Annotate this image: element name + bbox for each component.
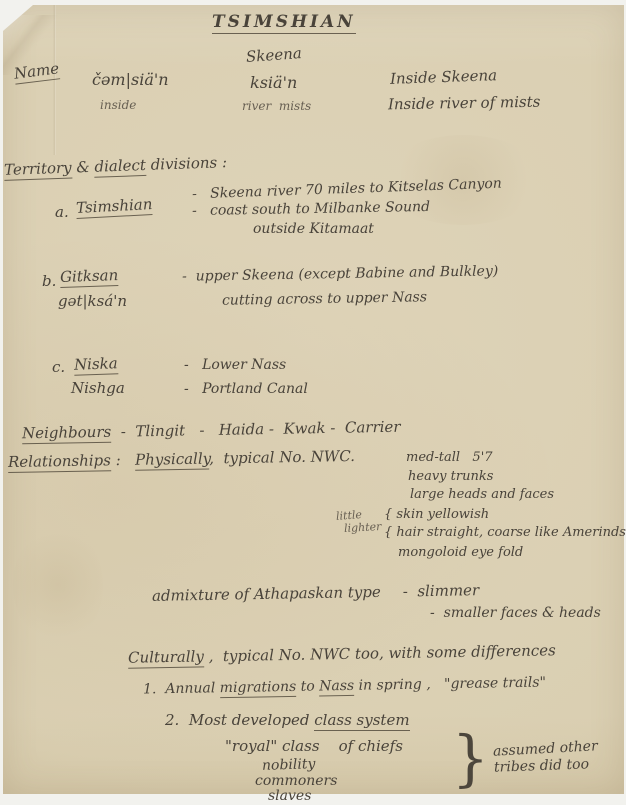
item-a-letter: a.	[55, 203, 69, 221]
amp-word: &	[71, 158, 95, 177]
item-c-letter: c.	[52, 358, 65, 376]
neighbours-label: Neighbours	[22, 423, 112, 445]
gloss-river-mists: river mists	[242, 99, 311, 113]
nishga-name: Nishga	[71, 379, 125, 397]
phonetic-tsimshian: čəm|siä'n	[92, 70, 169, 89]
migrations-word: migrations	[220, 679, 297, 698]
paper-stain	[13, 525, 103, 645]
phonetic-skeena: ksiä'n	[250, 73, 297, 92]
relationships-rest: , typical No. NWC.	[209, 447, 355, 468]
niska-name: Niska	[74, 354, 118, 374]
item-1-number: 1.	[143, 681, 157, 697]
physically-word: Physically	[135, 450, 209, 471]
meaning-line-2: Inside river of mists	[388, 93, 541, 114]
item-1-rest: in spring , "grease trails"	[354, 674, 546, 693]
dialect-word: dialect	[94, 156, 146, 178]
tsimshian-name-text: Tsimshian	[76, 195, 153, 219]
trait-large-heads: large heads and faces	[410, 487, 554, 502]
page-title: TSIMSHIAN	[212, 12, 356, 34]
class-system-words: class system	[314, 711, 409, 731]
brace-note-2: tribes did too	[494, 756, 590, 775]
item-2-number: 2.	[165, 711, 179, 729]
royal-class-line: "royal" class of chiefs	[225, 737, 403, 755]
gitksan-name: Gitksan	[60, 266, 119, 286]
class-nobility: nobility	[262, 756, 316, 774]
item-1-pre: Annual	[156, 680, 220, 697]
niska-note-2: - Portland Canal	[184, 381, 308, 397]
admixture-note-2: - smaller faces & heads	[430, 605, 601, 621]
item-b-letter: b.	[42, 272, 56, 290]
trait-heavy-trunks: heavy trunks	[408, 469, 493, 484]
trait-eye-fold: mongoloid eye fold	[398, 545, 523, 560]
scanned-page: TSIMSHIAN Skeena Name čəm|siä'n inside k…	[0, 0, 626, 805]
gitksan-phonetic: gət|ksá'n	[58, 292, 127, 310]
niska-note-1: - Lower Nass	[184, 357, 286, 373]
admixture-slimmer: - slimmer	[403, 581, 480, 600]
trait-hair: { hair straight, coarse like Amerinds	[384, 525, 626, 540]
tsimshian-name: Tsimshian	[76, 195, 153, 217]
divisions-word: divisions :	[146, 153, 228, 174]
trait-skin: { skin yellowish	[384, 507, 489, 522]
lighter-word: lighter	[344, 520, 382, 535]
class-commoners: commoners	[255, 773, 337, 789]
territory-word: Territory	[4, 159, 72, 181]
niska-name-text: Niska	[74, 354, 118, 376]
right-brace-icon: }	[452, 722, 489, 793]
relationships-colon: :	[111, 451, 135, 469]
culturally-label: Culturally	[128, 647, 204, 668]
class-slaves: slaves	[268, 788, 311, 804]
item-1-to: to	[296, 678, 319, 694]
gitksan-name-text: Gitksan	[60, 266, 119, 288]
cultural-item-2: 2. Most developed class system	[165, 711, 410, 729]
meaning-line-1: Inside Skeena	[390, 66, 498, 88]
trait-med-tall: med-tall 5'7	[406, 450, 493, 465]
nass-word: Nass	[319, 678, 354, 697]
item-2-pre: Most developed	[179, 711, 314, 729]
tsimshian-note-3: outside Kitamaat	[253, 221, 374, 237]
relationships-label: Relationships	[8, 451, 111, 473]
gloss-inside: inside	[100, 98, 136, 112]
